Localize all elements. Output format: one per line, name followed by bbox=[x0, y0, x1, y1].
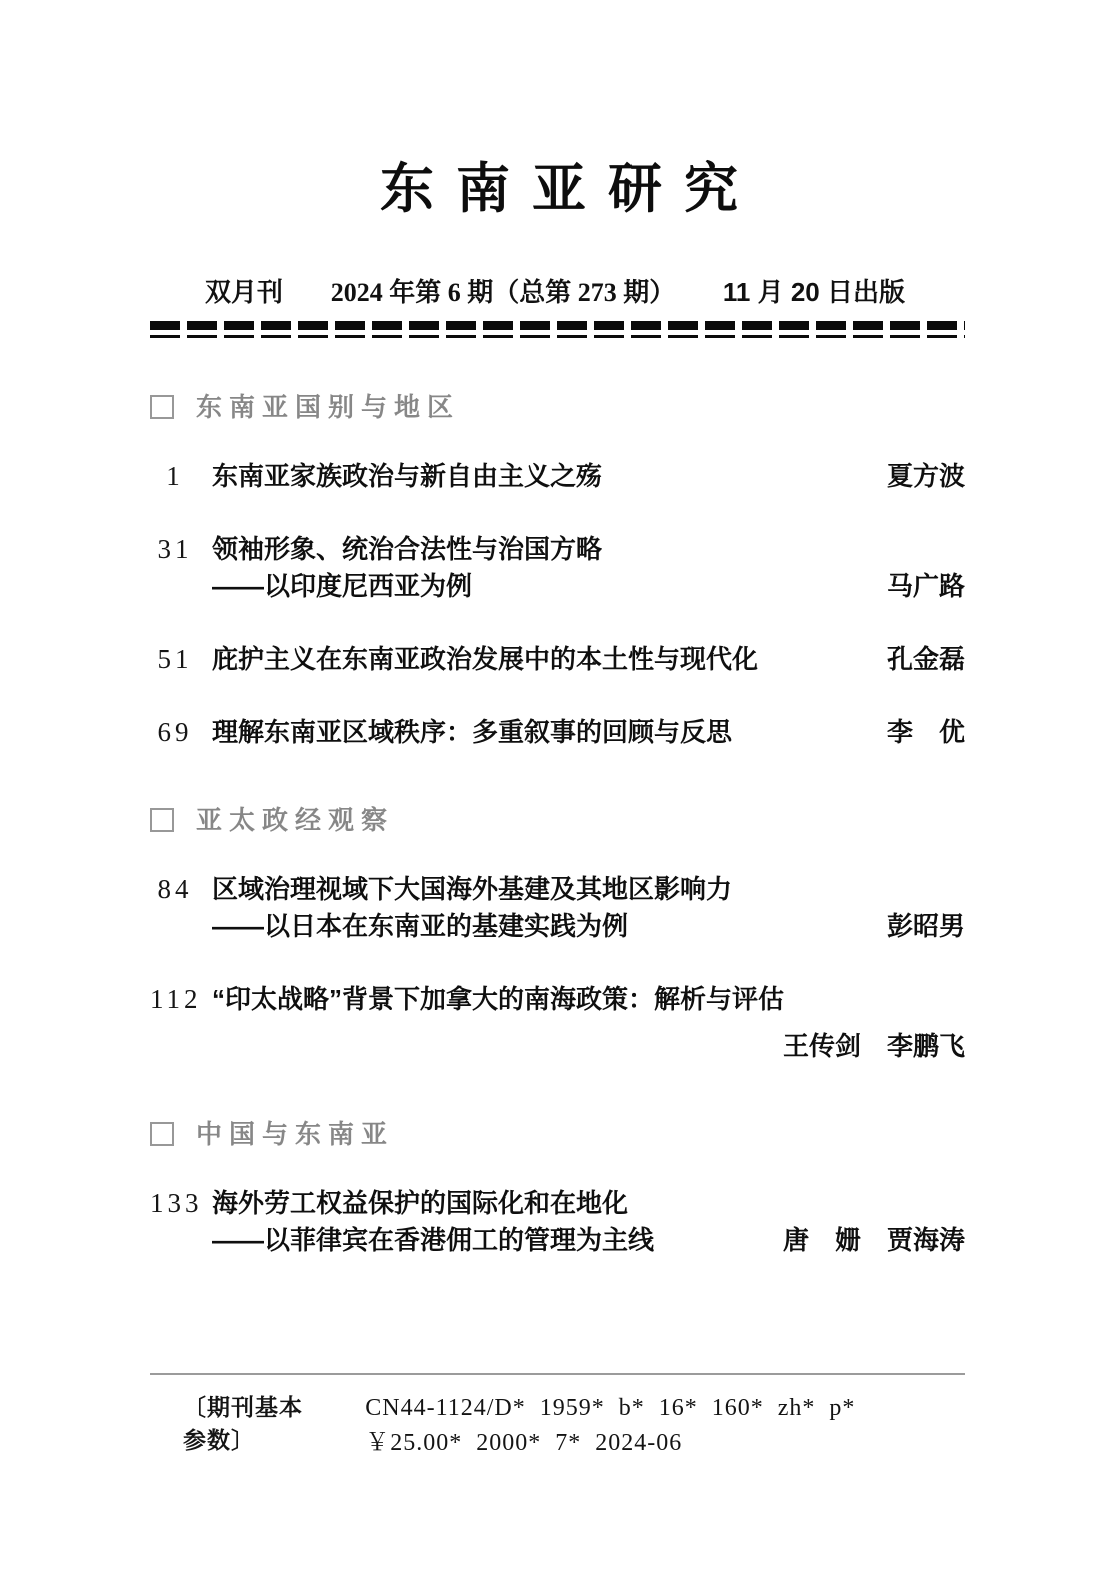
article-line: 理解东南亚区域秩序：多重叙事的回顾与反思 李 优 bbox=[212, 714, 965, 751]
article-line: 王传剑 李鹏飞 bbox=[212, 1018, 965, 1065]
journal-frequency: 双月刊 bbox=[205, 272, 283, 309]
section-title: 东南亚国别与地区 bbox=[196, 392, 460, 422]
article-title-text: 东南亚家族政治与新自由主义之殇 bbox=[212, 458, 602, 495]
journal-toc-page: 东南亚研究 双月刊 2024 年第 6 期（总第 273 期） 11 月 20 … bbox=[0, 0, 1118, 1572]
masthead-info-row: 双月刊 2024 年第 6 期（总第 273 期） 11 月 20 日出版 bbox=[205, 272, 905, 309]
toc-article: 1 东南亚家族政治与新自由主义之殇 夏方波 bbox=[150, 458, 965, 495]
square-outline-icon bbox=[150, 1122, 174, 1146]
article-page-number: 1 bbox=[150, 458, 200, 495]
toc-section: 亚太政经观察 84 区域治理视域下大国海外基建及其地区影响力 ——以日本在东南亚… bbox=[150, 805, 965, 1065]
article-line: 领袖形象、统治合法性与治国方略 bbox=[212, 531, 965, 568]
article-body: 领袖形象、统治合法性与治国方略 ——以印度尼西亚为例 马广路 bbox=[212, 531, 965, 605]
article-title-text: ——以印度尼西亚为例 bbox=[212, 568, 472, 605]
article-author: 夏方波 bbox=[887, 458, 965, 495]
article-page-number: 133 bbox=[150, 1185, 200, 1259]
article-body: 理解东南亚区域秩序：多重叙事的回顾与反思 李 优 bbox=[212, 714, 965, 751]
article-list: 133 海外劳工权益保护的国际化和在地化 ——以菲律宾在香港佣工的管理为主线 唐… bbox=[150, 1185, 965, 1259]
article-line: 区域治理视域下大国海外基建及其地区影响力 bbox=[212, 871, 965, 908]
article-page-number: 84 bbox=[150, 871, 200, 945]
article-author: 唐 姗 贾海涛 bbox=[783, 1222, 965, 1259]
article-title-text: 海外劳工权益保护的国际化和在地化 bbox=[212, 1185, 628, 1222]
article-line: ——以菲律宾在香港佣工的管理为主线 唐 姗 贾海涛 bbox=[212, 1222, 965, 1259]
divider-thick-dashed-rule bbox=[150, 321, 965, 330]
divider-thin-dashed-rule bbox=[150, 335, 965, 338]
article-page-number: 112 bbox=[150, 981, 200, 1065]
toc-section: 中国与东南亚 133 海外劳工权益保护的国际化和在地化 ——以菲律宾在香港佣工的… bbox=[150, 1119, 965, 1259]
toc-article: 31 领袖形象、统治合法性与治国方略 ——以印度尼西亚为例 马广路 bbox=[150, 531, 965, 605]
journal-footer: 〔期刊基本参数〕 CN44-1124/D* 1959* b* 16* 160* … bbox=[150, 1373, 965, 1457]
article-line: “印太战略”背景下加拿大的南海政策：解析与评估 bbox=[212, 981, 965, 1018]
masthead: 东南亚研究 双月刊 2024 年第 6 期（总第 273 期） 11 月 20 … bbox=[0, 0, 1118, 338]
section-header: 中国与东南亚 bbox=[150, 1119, 965, 1149]
article-page-number: 51 bbox=[150, 641, 200, 678]
article-title-text: “印太战略”背景下加拿大的南海政策：解析与评估 bbox=[212, 981, 784, 1018]
table-of-contents: 东南亚国别与地区 1 东南亚家族政治与新自由主义之殇 夏方波 31 领袖形象、统… bbox=[150, 392, 965, 1259]
article-line: 海外劳工权益保护的国际化和在地化 bbox=[212, 1185, 965, 1222]
journal-issue: 2024 年第 6 期（总第 273 期） bbox=[331, 272, 676, 309]
article-list: 1 东南亚家族政治与新自由主义之殇 夏方波 31 领袖形象、统治合法性与治国方略… bbox=[150, 458, 965, 751]
toc-article: 69 理解东南亚区域秩序：多重叙事的回顾与反思 李 优 bbox=[150, 714, 965, 751]
article-author: 李 优 bbox=[887, 714, 965, 751]
article-title-text: 理解东南亚区域秩序：多重叙事的回顾与反思 bbox=[212, 714, 732, 751]
article-author: 王传剑 李鹏飞 bbox=[783, 1028, 965, 1065]
article-list: 84 区域治理视域下大国海外基建及其地区影响力 ——以日本在东南亚的基建实践为例… bbox=[150, 871, 965, 1065]
article-body: 庇护主义在东南亚政治发展中的本土性与现代化 孔金磊 bbox=[212, 641, 965, 678]
journal-title: 东南亚研究 bbox=[0, 0, 1118, 220]
toc-article: 112 “印太战略”背景下加拿大的南海政策：解析与评估 王传剑 李鹏飞 bbox=[150, 981, 965, 1065]
toc-article: 84 区域治理视域下大国海外基建及其地区影响力 ——以日本在东南亚的基建实践为例… bbox=[150, 871, 965, 945]
article-author: 孔金磊 bbox=[887, 641, 965, 678]
toc-article: 51 庇护主义在东南亚政治发展中的本土性与现代化 孔金磊 bbox=[150, 641, 965, 678]
article-title-text: 庇护主义在东南亚政治发展中的本土性与现代化 bbox=[212, 641, 758, 678]
journal-params-value: CN44-1124/D* 1959* b* 16* 160* zh* p* ￥2… bbox=[365, 1395, 965, 1457]
article-body: 区域治理视域下大国海外基建及其地区影响力 ——以日本在东南亚的基建实践为例 彭昭… bbox=[212, 871, 965, 945]
article-title-text: ——以菲律宾在香港佣工的管理为主线 bbox=[212, 1222, 654, 1259]
article-title-text: ——以日本在东南亚的基建实践为例 bbox=[212, 908, 628, 945]
article-line: 庇护主义在东南亚政治发展中的本土性与现代化 孔金磊 bbox=[212, 641, 965, 678]
section-title: 中国与东南亚 bbox=[196, 1119, 394, 1149]
article-body: 海外劳工权益保护的国际化和在地化 ——以菲律宾在香港佣工的管理为主线 唐 姗 贾… bbox=[212, 1185, 965, 1259]
toc-article: 133 海外劳工权益保护的国际化和在地化 ——以菲律宾在香港佣工的管理为主线 唐… bbox=[150, 1185, 965, 1259]
article-line: ——以日本在东南亚的基建实践为例 彭昭男 bbox=[212, 908, 965, 945]
masthead-divider bbox=[150, 321, 965, 338]
article-page-number: 69 bbox=[150, 714, 200, 751]
square-outline-icon bbox=[150, 395, 174, 419]
section-header: 东南亚国别与地区 bbox=[150, 392, 965, 422]
article-author: 马广路 bbox=[887, 568, 965, 605]
square-outline-icon bbox=[150, 808, 174, 832]
article-title-text: 领袖形象、统治合法性与治国方略 bbox=[212, 531, 602, 568]
article-body: 东南亚家族政治与新自由主义之殇 夏方波 bbox=[212, 458, 965, 495]
journal-publish-date: 11 月 20 日出版 bbox=[723, 272, 905, 309]
section-title: 亚太政经观察 bbox=[196, 805, 394, 835]
journal-params-label: 〔期刊基本参数〕 bbox=[183, 1389, 323, 1455]
footer-divider-rule bbox=[150, 1373, 965, 1375]
article-line: ——以印度尼西亚为例 马广路 bbox=[212, 568, 965, 605]
toc-section: 东南亚国别与地区 1 东南亚家族政治与新自由主义之殇 夏方波 31 领袖形象、统… bbox=[150, 392, 965, 751]
article-title-text: 区域治理视域下大国海外基建及其地区影响力 bbox=[212, 871, 732, 908]
article-body: “印太战略”背景下加拿大的南海政策：解析与评估 王传剑 李鹏飞 bbox=[212, 981, 965, 1065]
article-author: 彭昭男 bbox=[887, 908, 965, 945]
journal-parameters-row: 〔期刊基本参数〕 CN44-1124/D* 1959* b* 16* 160* … bbox=[150, 1389, 965, 1457]
article-page-number: 31 bbox=[150, 531, 200, 605]
article-line: 东南亚家族政治与新自由主义之殇 夏方波 bbox=[212, 458, 965, 495]
section-header: 亚太政经观察 bbox=[150, 805, 965, 835]
